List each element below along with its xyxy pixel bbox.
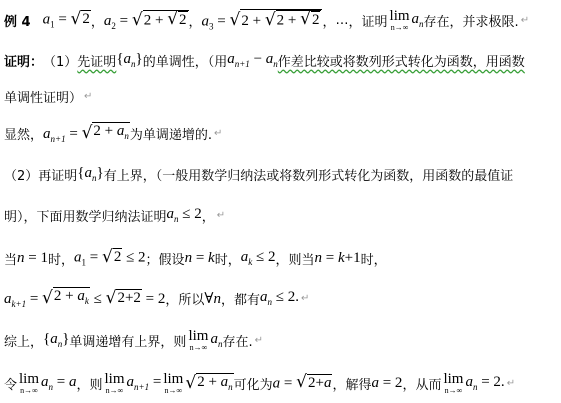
- induction-line-1: 当 n = 1 时， a1 = √2 ≤ 2 ；假设 n = k 时， ak ≤…: [4, 243, 387, 273]
- formula-a2: a2 = √2 + √2: [104, 10, 189, 31]
- proof-step2-line: （2）再证明 {an} 有上界，（一般用数学归纳法或将数列形式转化为函数，用函数…: [4, 159, 513, 189]
- return-mark-icon: ↵: [521, 15, 529, 26]
- formula-a3: a3 = √2 + √2 + √2: [202, 9, 323, 32]
- example-line: 例 4 a1 = √2 ， a2 = √2 + √2 ， a3 = √2 + √…: [4, 5, 529, 35]
- proof-step1-cont: 单调性证明） ↵: [4, 81, 92, 111]
- limit-solution-line: 令 limn→∞ an = a ，则 limn→∞ an+1 = limn→∞ …: [4, 368, 515, 398]
- summary-line: 综上， {an} 单调递增有上界，则 limn→∞ an 存在. ↵: [4, 325, 263, 355]
- limit-expression: limn→∞: [390, 9, 410, 32]
- example-label: 例 4: [4, 11, 31, 30]
- bound-formula: an ≤ 2: [167, 206, 202, 224]
- recurrence-formula: an+1 = √2 + an: [43, 122, 130, 144]
- proof-step2-cont: 明），下面用数学归纳法证明 an ≤ 2 ， ↵: [4, 200, 225, 230]
- induction-line-2: ak+1 = √2 + ak ≤ √2+2 = 2 ，所以 ∀n ，都有 an …: [4, 283, 309, 313]
- difference-formula: an+1 − an: [227, 51, 278, 69]
- formula-a1: a1 = √2: [43, 10, 91, 30]
- proof-step1-line: 证明： （1） 先证明 {an} 的单调性，（用 an+1 − an 作差比较或…: [4, 45, 525, 75]
- obvious-line: 显然， an+1 = √2 + an 为单调递增的. ↵: [4, 118, 222, 148]
- proof-label: 证明：: [4, 51, 43, 70]
